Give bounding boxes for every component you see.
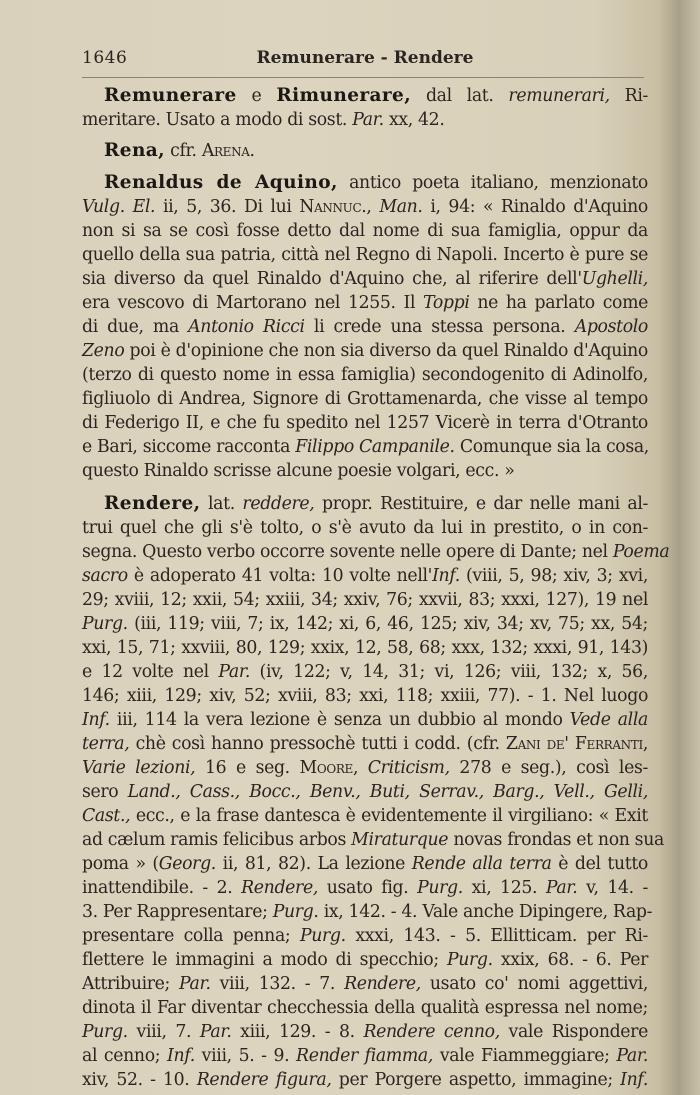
small-caps-name: Moore, bbox=[300, 758, 359, 778]
italic-citation: Miraturque bbox=[351, 830, 448, 850]
text-line: Attribuire; Par. viii, 132. - 7. Rendere… bbox=[82, 972, 648, 996]
body-text: xxi, 15, 71; xxviii, 80, 129; xxix, 12, … bbox=[82, 638, 648, 658]
body-text: ix, 142. - 4. Vale anche Dipingere, Rap- bbox=[319, 902, 653, 922]
body-text: viii, 132. - 7. bbox=[211, 974, 344, 994]
body-text: v, 14. - bbox=[577, 878, 648, 898]
italic-citation: Zeno bbox=[82, 341, 124, 361]
body-text: usato co' nomi aggettivi, bbox=[421, 974, 648, 994]
body-text: trui quel che gli s'è tolto, o s'è avuto… bbox=[82, 518, 648, 538]
italic-citation: Purg. bbox=[300, 926, 346, 946]
italic-citation: Par. bbox=[179, 974, 211, 994]
body-text: antico poeta italiano, menzionato bbox=[338, 173, 648, 193]
body-text: meritare. Usato a modo di sost. bbox=[82, 110, 352, 130]
text-line: quello della sua patria, città nel Regno… bbox=[82, 243, 648, 267]
body-text: novas frondas et non sua bbox=[448, 830, 664, 850]
italic-citation: Rendere cenno, bbox=[363, 1022, 499, 1042]
italic-citation: Ughelli, bbox=[582, 269, 648, 289]
italic-citation: Poema bbox=[613, 542, 670, 562]
italic-citation: Par. bbox=[616, 1046, 648, 1066]
body-text: non si sa se così fosse detto dal nome d… bbox=[82, 221, 648, 241]
body-text: vale Rispondere bbox=[500, 1022, 648, 1042]
italic-citation: Purg. bbox=[447, 950, 493, 970]
body-text: Attribuire; bbox=[82, 974, 179, 994]
text-line: questo Rinaldo scrisse alcune poesie vol… bbox=[82, 459, 648, 483]
text-line: 3. Per Rappresentare; Purg. ix, 142. - 4… bbox=[82, 900, 648, 924]
body-text: xiii, 129. - 8. bbox=[231, 1022, 363, 1042]
body-text: viii, 5. - 9. bbox=[195, 1046, 296, 1066]
body-text: sero bbox=[82, 782, 128, 802]
body-text bbox=[358, 758, 368, 778]
small-caps-name: Arena. bbox=[202, 141, 255, 161]
italic-citation: Purg. bbox=[417, 878, 463, 898]
body-text: cfr. bbox=[165, 141, 202, 161]
text-line: sia diverso da quel Rinaldo d'Aquino che… bbox=[82, 267, 648, 291]
italic-citation: Rende alla terra bbox=[412, 854, 552, 874]
body-text: vale Fiammeggiare; bbox=[433, 1046, 616, 1066]
body-text: ii, 5, 36. Di lui bbox=[155, 197, 299, 217]
text-line: Zeno poi è d'opinione che non sia divers… bbox=[82, 339, 648, 363]
text-line: inattendibile. - 2. Rendere, usato fig. … bbox=[82, 876, 648, 900]
body-text: e Bari, siccome racconta bbox=[82, 437, 295, 457]
italic-citation: Varie lezioni, bbox=[82, 758, 195, 778]
body-text: ad cælum ramis felicibus arbos bbox=[82, 830, 351, 850]
text-line: xiv, 52. - 10. Rendere figura, per Porge… bbox=[82, 1068, 648, 1092]
text-line: sacro è adoperato 41 volta: 10 volte nel… bbox=[82, 564, 648, 588]
body-text: dinota il Far diventar checchessia della… bbox=[82, 998, 648, 1018]
italic-citation: Toppi bbox=[423, 293, 470, 313]
text-line: presentare colla penna; Purg. xxxi, 143.… bbox=[82, 924, 648, 948]
book-page: 1646 Remunerare - Rendere Remunerare e R… bbox=[0, 0, 700, 1095]
body-text: 29; xviii, 12; xxii, 54; xxiii, 34; xxiv… bbox=[82, 590, 648, 610]
body-text: e 12 volte nel bbox=[82, 662, 218, 682]
text-line: Remunerare e Rimunerare, dal lat. remune… bbox=[82, 84, 648, 108]
text-line: non si sa se così fosse detto dal nome d… bbox=[82, 219, 648, 243]
body-text: di due, ma bbox=[82, 317, 188, 337]
body-text: (terzo di questo nome in essa famiglia) … bbox=[82, 365, 648, 385]
text-line: Renaldus de Aquino, antico poeta italian… bbox=[82, 171, 648, 195]
text-line: Purg. (iii, 119; viii, 7; ix, 142; xi, 6… bbox=[82, 612, 648, 636]
italic-citation: terra, bbox=[82, 734, 129, 754]
body-text: 146; xiii, 129; xiv, 52; xviii, 83; xxi,… bbox=[82, 686, 648, 706]
body-text: Ri- bbox=[610, 86, 648, 106]
text-line: era vescovo di Martorano nel 1255. Il To… bbox=[82, 291, 648, 315]
italic-citation: Par. bbox=[352, 110, 384, 130]
italic-citation: Land., Cass., Bocc., Benv., Buti, Serrav… bbox=[128, 782, 648, 802]
header-rule bbox=[82, 77, 644, 78]
italic-citation: Inf. bbox=[167, 1046, 195, 1066]
text-line: trui quel che gli s'è tolto, o s'è avuto… bbox=[82, 516, 648, 540]
body-text: per Porgere aspetto, immagine; bbox=[331, 1070, 620, 1090]
body-text: xxix, 68. - 6. Per bbox=[493, 950, 648, 970]
italic-citation: Par. bbox=[218, 662, 250, 682]
italic-citation: Apostolo bbox=[575, 317, 648, 337]
italic-citation: Filippo Campanile. bbox=[295, 437, 454, 457]
text-line: 146; xiii, 129; xiv, 52; xviii, 83; xxi,… bbox=[82, 684, 648, 708]
text-line: al cenno; Inf. viii, 5. - 9. Render fiam… bbox=[82, 1044, 648, 1068]
body-text: segna. Questo verbo occorre sovente nell… bbox=[82, 542, 613, 562]
body-text: quello della sua patria, città nel Regno… bbox=[82, 245, 648, 265]
body-text: 278 e seg.), così les- bbox=[450, 758, 648, 778]
text-line: Inf. iii, 114 la vera lezione è senza un… bbox=[82, 708, 648, 732]
text-line: Vulg. El. ii, 5, 36. Di lui Nannuc., Man… bbox=[82, 195, 648, 219]
italic-citation: reddere, bbox=[242, 494, 314, 514]
italic-citation: sacro bbox=[82, 566, 128, 586]
body-text: xi, 125. bbox=[463, 878, 546, 898]
body-text: xiv, 52. - 10. bbox=[82, 1070, 197, 1090]
text-line: ad cælum ramis felicibus arbos Miraturqu… bbox=[82, 828, 648, 852]
italic-citation: Purg. bbox=[82, 614, 128, 634]
text-line: 29; xviii, 12; xxii, 54; xxiii, 34; xxiv… bbox=[82, 588, 648, 612]
body-text: sia diverso da quel Rinaldo d'Aquino che… bbox=[82, 269, 582, 289]
body-text: chè così hanno pressochè tutti i codd. (… bbox=[129, 734, 506, 754]
italic-citation: Par. bbox=[546, 878, 578, 898]
text-line: figliuolo di Andrea, Signore di Grottame… bbox=[82, 387, 648, 411]
body-text: xx, 42. bbox=[384, 110, 445, 130]
italic-citation: Antonio Ricci bbox=[188, 317, 305, 337]
body-text: viii, 7. bbox=[128, 1022, 200, 1042]
body-text: ii, 81, 82). La lezione bbox=[216, 854, 412, 874]
text-line: Varie lezioni, 16 e seg. Moore, Criticis… bbox=[82, 756, 648, 780]
text-line: flettere le immagini a modo di specchio;… bbox=[82, 948, 648, 972]
italic-citation: Purg. bbox=[273, 902, 319, 922]
text-line: di Federigo II, e che fu spedito nel 125… bbox=[82, 411, 648, 435]
body-text: figliuolo di Andrea, Signore di Grottame… bbox=[82, 389, 648, 409]
italic-citation: Rendere figura, bbox=[197, 1070, 332, 1090]
italic-citation: Inf. bbox=[82, 710, 110, 730]
text-line: segna. Questo verbo occorre sovente nell… bbox=[82, 540, 648, 564]
text-line: (terzo di questo nome in essa famiglia) … bbox=[82, 363, 648, 387]
text-line: sero Land., Cass., Bocc., Benv., Buti, S… bbox=[82, 780, 648, 804]
headword: Renaldus de Aquino, bbox=[104, 172, 338, 193]
body-text: presentare colla penna; bbox=[82, 926, 300, 946]
body-text: flettere le immagini a modo di specchio; bbox=[82, 950, 447, 970]
italic-citation: Vulg. El. bbox=[82, 197, 155, 217]
body-text: dal lat. bbox=[411, 86, 508, 106]
text-line: poma » (Georg. ii, 81, 82). La lezione R… bbox=[82, 852, 648, 876]
body-text: (iv, 122; v, 14, 31; vi, 126; viii, 132;… bbox=[250, 662, 648, 682]
body-text: di Federigo II, e che fu spedito nel 125… bbox=[82, 413, 648, 433]
body-text: e bbox=[237, 86, 277, 106]
body-text: ecc., e la frase dantesca è evidentement… bbox=[130, 806, 648, 826]
body-text: lat. bbox=[200, 494, 242, 514]
italic-citation: Render fiamma, bbox=[296, 1046, 433, 1066]
body-text: è adoperato 41 volta: 10 volte nell' bbox=[128, 566, 432, 586]
body-text: (iii, 119; viii, 7; ix, 142; xi, 6, 46, … bbox=[128, 614, 648, 634]
small-caps-name: Nannuc., bbox=[299, 197, 371, 217]
text-line: terra, chè così hanno pressochè tutti i … bbox=[82, 732, 648, 756]
italic-citation: Criticism, bbox=[368, 758, 450, 778]
text-line: dinota il Far diventar checchessia della… bbox=[82, 996, 648, 1020]
text-line: e 12 volte nel Par. (iv, 122; v, 14, 31;… bbox=[82, 660, 648, 684]
italic-citation: Inf. bbox=[432, 566, 460, 586]
running-title: Remunerare - Rendere bbox=[82, 48, 648, 68]
body-text: i, 94: « Rinaldo d'Aquino bbox=[423, 197, 648, 217]
body-text: questo Rinaldo scrisse alcune poesie vol… bbox=[82, 461, 514, 481]
text-line: Purg. viii, 7. Par. xiii, 129. - 8. Rend… bbox=[82, 1020, 648, 1044]
italic-citation: Rendere, bbox=[241, 878, 318, 898]
body-text: 16 e seg. bbox=[195, 758, 299, 778]
italic-citation: Cast., bbox=[82, 806, 130, 826]
page-header: 1646 Remunerare - Rendere bbox=[82, 48, 648, 72]
body-text: ne ha parlato come bbox=[470, 293, 648, 313]
italic-citation: Par. bbox=[200, 1022, 232, 1042]
text-line: meritare. Usato a modo di sost. Par. xx,… bbox=[82, 108, 648, 132]
headword: Remunerare bbox=[104, 85, 237, 106]
body-text: Comunque sia la cosa, bbox=[455, 437, 649, 457]
headword: Rimunerare, bbox=[276, 85, 411, 106]
small-caps-name: Zani de' Ferranti, bbox=[506, 734, 648, 754]
italic-citation: Georg. bbox=[159, 854, 216, 874]
body-text: propr. Restituire, e dar nelle mani al- bbox=[314, 494, 648, 514]
body-text: è del tutto bbox=[552, 854, 648, 874]
body-text: poi è d'opinione che non sia diverso da … bbox=[124, 341, 648, 361]
headword: Rendere, bbox=[104, 493, 200, 514]
body-text: inattendibile. - 2. bbox=[82, 878, 241, 898]
text-line: Rendere, lat. reddere, propr. Restituire… bbox=[82, 492, 648, 516]
text-line: e Bari, siccome racconta Filippo Campani… bbox=[82, 435, 648, 459]
italic-citation: Vede alla bbox=[570, 710, 648, 730]
italic-citation: Rendere, bbox=[344, 974, 421, 994]
body-text: iii, 114 la vera lezione è senza un dubb… bbox=[110, 710, 570, 730]
body-text: (viii, 5, 98; xiv, 3; xvi, bbox=[460, 566, 648, 586]
body-text: xxxi, 143. - 5. Ellitticam. per Ri- bbox=[346, 926, 648, 946]
body-text: li crede una stessa persona. bbox=[305, 317, 575, 337]
text-line: Rena, cfr. Arena. bbox=[82, 139, 648, 163]
italic-citation: Man. bbox=[379, 197, 422, 217]
text-line: Cast., ecc., e la frase dantesca è evide… bbox=[82, 804, 648, 828]
body-text: usato fig. bbox=[318, 878, 417, 898]
headword: Rena, bbox=[104, 140, 165, 161]
body-text: poma » ( bbox=[82, 854, 159, 874]
italic-citation: Purg. bbox=[82, 1022, 128, 1042]
body-text: al cenno; bbox=[82, 1046, 167, 1066]
body-text: 3. Per Rappresentare; bbox=[82, 902, 273, 922]
text-line: di due, ma Antonio Ricci li crede una st… bbox=[82, 315, 648, 339]
italic-citation: Inf. bbox=[620, 1070, 648, 1090]
body-text: era vescovo di Martorano nel 1255. Il bbox=[82, 293, 423, 313]
italic-citation: remunerari, bbox=[508, 86, 609, 106]
text-line: xxi, 15, 71; xxviii, 80, 129; xxix, 12, … bbox=[82, 636, 648, 660]
